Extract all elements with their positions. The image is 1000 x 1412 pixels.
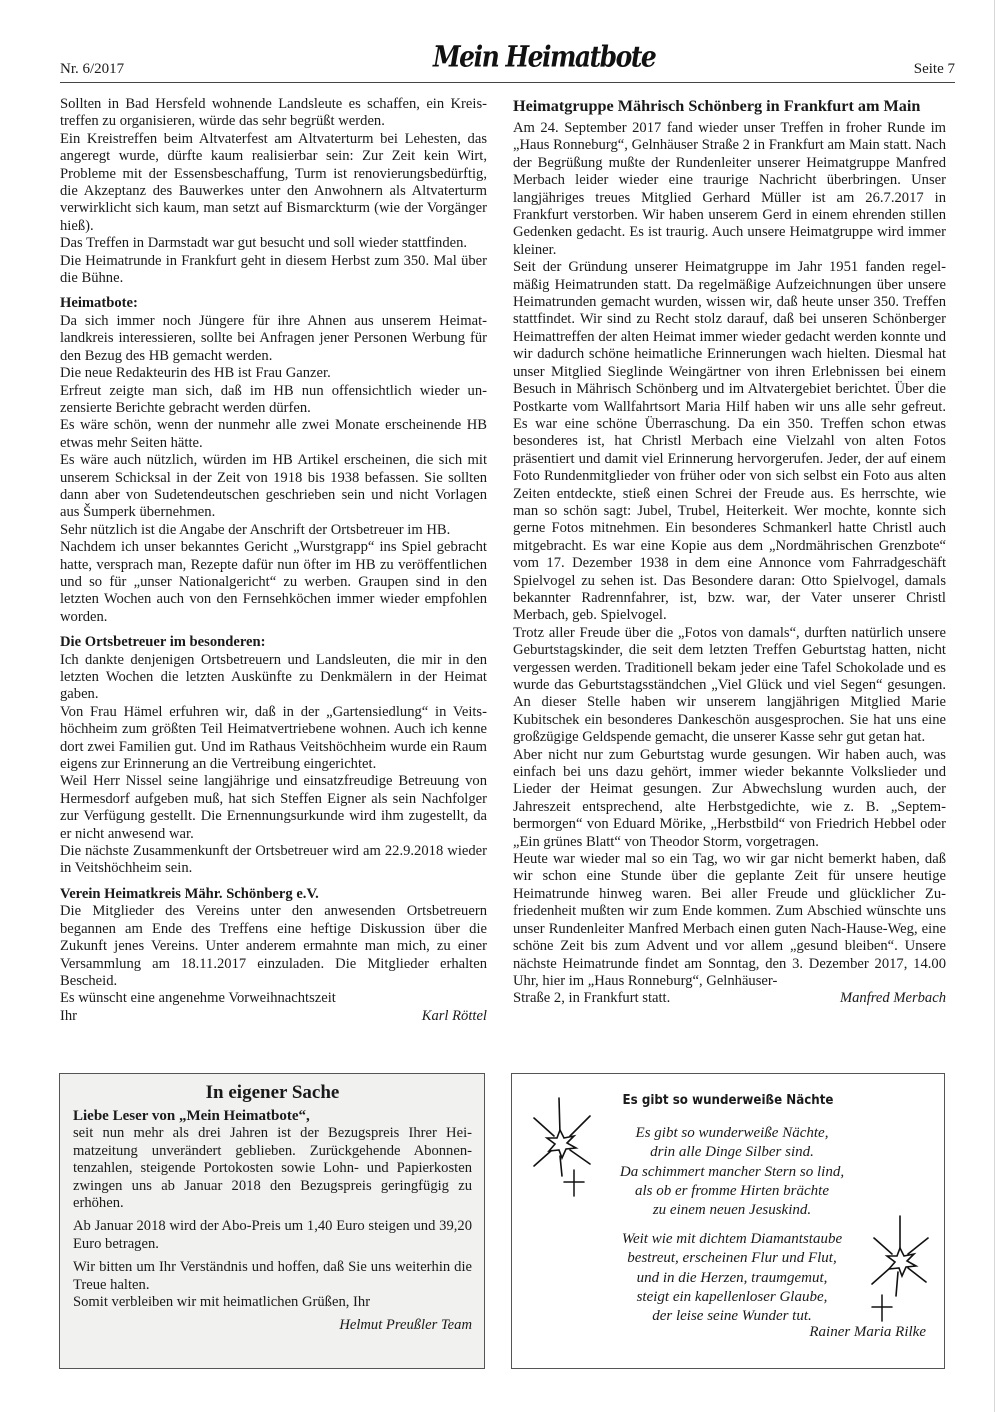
author-signature: Manfred Merbach: [840, 990, 946, 1007]
paragraph: Da sich immer noch Jüngere für ihre Ahne…: [60, 313, 487, 365]
paragraph: Ein Kreistreffen beim Altvaterfest am Al…: [60, 131, 487, 235]
paragraph: Nachdem ich unser bekanntes Gericht „Wur…: [60, 539, 487, 626]
poem-line: steigt ein kapellenloser Glaube,: [572, 1288, 892, 1307]
paragraph: Sollten in Bad Hersfeld wohnende Landsle…: [60, 96, 487, 131]
paragraph: Von Frau Hämel erfuhren wir, daß in der …: [60, 704, 487, 774]
paragraph: Die Heimatrunde in Frankfurt geht in die…: [60, 253, 487, 288]
notice-salutation: Liebe Leser von „Mein Heimatbote“,: [73, 1108, 472, 1125]
paragraph: Somit verbleiben wir mit heimatlichen Gr…: [73, 1294, 472, 1311]
poem-box: Es gibt so wunderweiße Nächte Es gibt so…: [511, 1073, 945, 1369]
poem-stanza-2: Weit wie mit dichtem Diamantstaube bestr…: [572, 1230, 892, 1326]
poem-line: als ob er fromme Hirten brächte: [572, 1182, 892, 1201]
masthead-logo: Mein Heimatbote: [433, 40, 655, 73]
page-header: Nr. 6/2017 Mein Heimatbote Seite 7: [60, 40, 955, 83]
notice-title: In eigener Sache: [73, 1082, 472, 1104]
paragraph: Die Mitglieder des Vereins unter den anw…: [60, 903, 487, 990]
poem-line: und in die Herzen, traumgemut,: [572, 1269, 892, 1288]
paragraph: Die neue Redakteurin des HB ist Frau Gan…: [60, 365, 487, 382]
left-column-article: Sollten in Bad Hersfeld wohnende Landsle…: [60, 96, 487, 1025]
paragraph: Ich dankte denjenigen Ortsbetreuern und …: [60, 652, 487, 704]
author-signature: Karl Röttel: [422, 1008, 487, 1025]
paragraph: Es wünscht eine angenehme Vorweihnachtsz…: [60, 990, 487, 1007]
paragraph: seit nun mehr als drei Jahren ist der Be…: [73, 1125, 472, 1212]
scan-edge-line: [994, 0, 995, 1412]
paragraph: Die nächste Zusammenkunft der Ortsbetreu…: [60, 843, 487, 878]
poem-line: drin alle Dinge Silber sind.: [572, 1143, 892, 1162]
section-heading-ortsbetreuer: Die Ortsbetreuer im besonderen:: [60, 634, 487, 651]
poem-line: Weit wie mit dichtem Diamantstaube: [572, 1230, 892, 1249]
paragraph: Es wäre schön, wenn der nunmehr alle zwe…: [60, 417, 487, 452]
paragraph: Weil Herr Nissel seine langjährige und e…: [60, 773, 487, 843]
article-title: Heimatgruppe Mährisch Schönberg in Frank…: [513, 96, 946, 116]
paragraph: Das Treffen in Darmstadt war gut besucht…: [60, 235, 487, 252]
poem-line: Da schimmert mancher Stern so lind,: [572, 1163, 892, 1182]
section-heading-heimatbote: Heimatbote:: [60, 295, 487, 312]
poem-line: zu einem neuen Jesuskind.: [572, 1201, 892, 1220]
paragraph: Ab Januar 2018 wird der Abo-Preis um 1,4…: [73, 1218, 472, 1253]
poem-line: Es gibt so wunderweiße Nächte,: [572, 1124, 892, 1143]
poem-author: Rainer Maria Rilke: [809, 1324, 926, 1341]
issue-number: Nr. 6/2017: [60, 61, 124, 78]
paragraph: Es wäre auch nützlich, würden im HB Arti…: [60, 452, 487, 522]
paragraph: Heute war wieder mal so ein Tag, wo wir …: [513, 851, 946, 990]
paragraph: Wir bitten um Ihr Verständnis und hoffen…: [73, 1259, 472, 1294]
closing-text: Ihr: [60, 1008, 77, 1025]
page-number: Seite 7: [914, 61, 955, 78]
paragraph: Aber nicht nur zum Geburtstag wurde gesu…: [513, 747, 946, 851]
paragraph: Erfreut zeigte man sich, daß im HB nun o…: [60, 383, 487, 418]
poem-title: Es gibt so wunderweiße Nächte: [538, 1092, 918, 1108]
closing-row: Ihr Karl Röttel: [60, 1008, 487, 1025]
paragraph: Sehr nützlich ist die Angabe der Anschri…: [60, 522, 487, 539]
right-column-article: Heimatgruppe Mährisch Schönberg in Frank…: [513, 96, 946, 1008]
paragraph: Seit der Gründung unserer Heimatgruppe i…: [513, 259, 946, 625]
poem-line: bestreut, erscheinen Flur und Flut,: [572, 1249, 892, 1268]
paragraph: Am 24. September 2017 fand wieder unser …: [513, 120, 946, 259]
notice-signature: Helmut Preußler Team: [73, 1317, 472, 1334]
last-line: Straße 2, in Frankfurt statt.: [513, 990, 670, 1007]
section-heading-verein: Verein Heimatkreis Mähr. Schönberg e.V.: [60, 886, 487, 903]
paragraph: Trotz aller Freude über die „Fotos von d…: [513, 625, 946, 747]
small-star-icon: [870, 1294, 894, 1322]
poem-stanza-1: Es gibt so wunderweiße Nächte, drin alle…: [572, 1124, 892, 1220]
closing-row: Straße 2, in Frankfurt statt. Manfred Me…: [513, 990, 946, 1007]
notice-box: In eigener Sache Liebe Leser von „Mein H…: [59, 1073, 485, 1369]
